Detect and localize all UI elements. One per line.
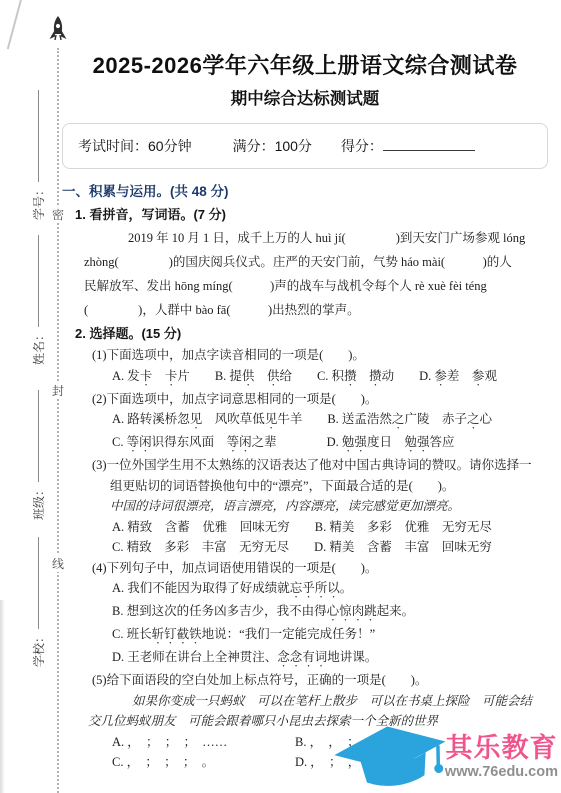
exam-line: D. 王老师在讲台上全神贯注、念念有词地讲课。 — [112, 647, 548, 670]
dotted-emphasis: 参 — [472, 369, 485, 383]
exam-line: A. 路转溪桥忽见 风吹草低见牛羊 B. 送孟浩然之广陵 赤子之心 — [112, 409, 548, 432]
dotted-emphasis: 之 — [392, 412, 405, 426]
page-subtitle: 期中综合达标测试题 — [62, 88, 548, 110]
graduation-cap-icon — [333, 724, 453, 790]
dotted-emphasis: 等闲 — [227, 435, 252, 449]
dotted-emphasis: 斩钉截铁 — [152, 627, 202, 641]
exam-line: B. 想到这次的任务凶多吉少，我不由得心惊肉跳起来。 — [112, 601, 548, 624]
brand-name: 其乐教育 — [445, 733, 557, 763]
question-2-1: (1)下面选项中，加点字读音相同的一项是( )。 — [92, 345, 548, 366]
field-school: 学校： — [27, 537, 49, 667]
question-2-title: 2. 选择题。(15 分) — [75, 322, 548, 345]
dotted-emphasis: 卡 — [140, 369, 153, 383]
field-name-blank — [38, 235, 39, 327]
question-2-3: (3)一位外国学生用不太熟练的汉语表达了他对中国古典诗词的赞叹。请你选择一 — [92, 455, 548, 476]
score-blank-line — [383, 150, 475, 151]
exam-line: ( )，人群中 bào fā( )出热烈的掌声。 — [84, 298, 548, 322]
exam-line: 2019 年 10 月 1 日，成千上万的人 huì jí( )到天安门广场参观… — [84, 226, 548, 250]
scan-artifact — [7, 0, 23, 49]
brand-url: www.76edu.com — [445, 764, 558, 781]
exam-line: C. 班长斩钉截铁地说：“我们一定能完成任务！” — [112, 624, 548, 647]
dotted-emphasis: 见 — [190, 412, 203, 426]
exam-line: A. 发卡 卡片 B. 提供 供给 C. 积攒 攒动 D. 参差 参观 — [112, 366, 548, 389]
exam-line: C. 精致 多彩 丰富 无穷无尽 D. 精美 含蓄 丰富 回味无穷 — [112, 537, 548, 558]
dotted-emphasis: 之 — [467, 412, 480, 426]
field-class-blank — [38, 390, 39, 482]
dotted-emphasis: 心惊肉跳 — [327, 604, 377, 618]
page-title: 2025-2026学年六年级上册语文综合测试卷 — [62, 52, 548, 80]
dotted-emphasis: 攒 — [369, 369, 382, 383]
dotted-emphasis: 忘乎所以 — [290, 581, 340, 595]
field-name: 姓名： — [27, 235, 49, 365]
dotted-emphasis: 见 — [265, 412, 278, 426]
field-school-label: 学校： — [30, 631, 47, 667]
exam-line: 组更贴切的词语替换他句中的“漂亮”，下面最合适的是( )。 — [110, 476, 548, 497]
exam-time-label: 考试时间：60分钟 — [78, 136, 192, 156]
exam-line: zhòng( )的国庆阅兵仪式。庄严的天安门前，气势 háo mài( )的人 — [84, 250, 548, 274]
exam-info-bar: 考试时间：60分钟 满分：100分 得分： — [62, 123, 548, 169]
dotted-emphasis: 卡 — [165, 369, 178, 383]
dotted-emphasis: 勉强 — [404, 435, 429, 449]
exam-line: 如果你变成一只蚂蚁 可以在笔杆上散步 可以在书桌上探险 可能会结 — [88, 691, 548, 712]
field-school-blank — [38, 537, 39, 629]
question-2-2: (2)下面选项中，加点字词意思相同的一项是( )。 — [92, 389, 548, 410]
dotted-emphasis: 攒 — [344, 369, 357, 383]
rocket-icon — [45, 15, 71, 52]
dotted-emphasis: 供 — [242, 369, 255, 383]
exam-body: 一、积累与运用。(共 48 分)1. 看拼音，写词语。(7 分)2019 年 1… — [62, 181, 548, 773]
dotted-emphasis: 勉强 — [342, 435, 367, 449]
question-1-title: 1. 看拼音，写词语。(7 分) — [75, 203, 548, 226]
score-label: 得分： — [341, 136, 383, 156]
dotted-emphasis: 念念有词 — [277, 650, 327, 664]
brand-text: 其乐教育 www.76edu.com — [445, 733, 558, 781]
section-1-heading: 一、积累与运用。(共 48 分) — [62, 181, 548, 203]
exam-line: A. 我们不能因为取得了好成绩就忘乎所以。 — [112, 578, 548, 601]
field-class: 班级： — [27, 390, 49, 520]
exam-line: A. 精致 含蓄 优雅 回味无穷 B. 精美 多彩 优雅 无穷无尽 — [112, 517, 548, 538]
seal-dashed-line — [57, 48, 59, 793]
field-student-number-blank — [38, 90, 39, 182]
field-class-label: 班级： — [30, 484, 47, 520]
dotted-emphasis: 参 — [434, 369, 447, 383]
field-name-label: 姓名： — [30, 329, 47, 365]
full-score-label: 满分：100分 — [233, 136, 312, 156]
question-2-5: (5)给下面语段的空白处加上标点符号，正确的一项是( )。 — [92, 670, 548, 691]
dotted-emphasis: 供 — [267, 369, 280, 383]
exam-line: 中国的诗词很漂亮，语言漂亮，内容漂亮，读完感觉更加漂亮。 — [110, 496, 548, 517]
exam-page: 2025-2026学年六年级上册语文综合测试卷 期中综合达标测试题 考试时间：6… — [62, 52, 548, 773]
brand-logo: 其乐教育 www.76edu.com — [333, 724, 558, 790]
field-student-number-label: 学号： — [30, 184, 47, 220]
question-2-4: (4)下列句子中，加点词语使用错误的一项是( )。 — [92, 558, 548, 579]
exam-line: C. 等闲识得东风面 等闲之辈 D. 勉强度日 勉强答应 — [112, 432, 548, 455]
field-student-number: 学号： — [27, 90, 49, 220]
dotted-emphasis: 等闲 — [127, 435, 152, 449]
scan-edge-shade — [0, 600, 5, 793]
exam-line: 民解放军、发出 hōng míng( )声的战车与战机令每个人 rè xuè f… — [84, 274, 548, 298]
